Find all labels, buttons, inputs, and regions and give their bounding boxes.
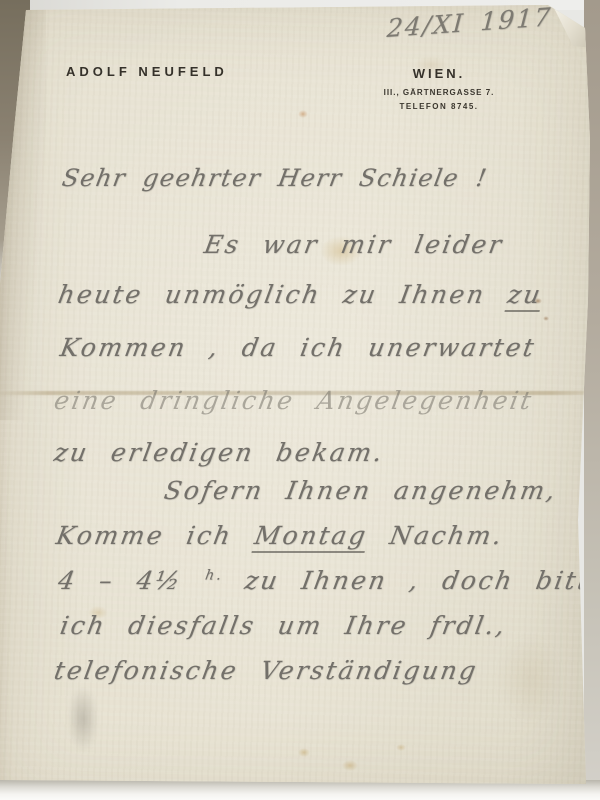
letterhead-telephone: TELEFON 8745. [382,102,496,111]
handwritten-line-6: zu erledigen bekam. [52,438,387,467]
line-3-underlined-word: zu [505,280,545,312]
stain [396,744,406,751]
handwritten-line-11: telefonische Verständigung [52,656,480,685]
smudge-mark [68,686,98,752]
line-8-underlined-word: Montag [252,521,370,553]
handwritten-line-8: Komme ich Montag Nachm. [54,521,506,550]
letterhead-sender-name: ADOLF NEUFELD [66,64,228,79]
stain [342,760,358,771]
letter-paper: ADOLF NEUFELD WIEN. III., GÄRTNERGASSE 7… [0,0,600,800]
handwritten-line-5: eine dringliche Angelegenheit [52,386,536,415]
handwritten-line-4: Kommen , da ich unerwartet [58,333,538,362]
stain [298,748,310,757]
handwritten-line-3: heute unmöglich zu Ihnen zu [56,280,545,309]
line-8-text: Komme ich [54,521,257,550]
handwritten-line-9: 4 – 4½ h. zu Ihnen , doch bitte [56,566,600,595]
photograph-of-letter: ADOLF NEUFELD WIEN. III., GÄRTNERGASSE 7… [0,0,600,800]
line-9-text: 4 – 4½ [56,566,207,595]
stain [498,636,562,722]
line-3-text: heute unmöglich zu Ihnen [56,280,511,309]
letterhead-address-block: WIEN. III., GÄRTNERGASSE 7. TELEFON 8745… [382,66,496,111]
letterhead-city: WIEN. [382,66,496,81]
handwritten-salutation: Sehr geehrter Herr Schiele ! [60,164,490,192]
stain [543,316,549,321]
line-8-text-after: Nachm. [365,521,506,550]
handwritten-line-10: ich diesfalls um Ihre frdl., [58,611,509,640]
letterhead-street-address: III., GÄRTNERGASSE 7. [382,88,496,97]
handwritten-date: 24/XI 1917 [386,2,553,43]
handwritten-line-2: Es war mir leider [202,230,506,259]
stain [298,110,308,118]
line-9-text-after: zu Ihnen , doch bitte [220,566,600,595]
handwritten-line-7: Sofern Ihnen angenehm, [162,476,560,505]
